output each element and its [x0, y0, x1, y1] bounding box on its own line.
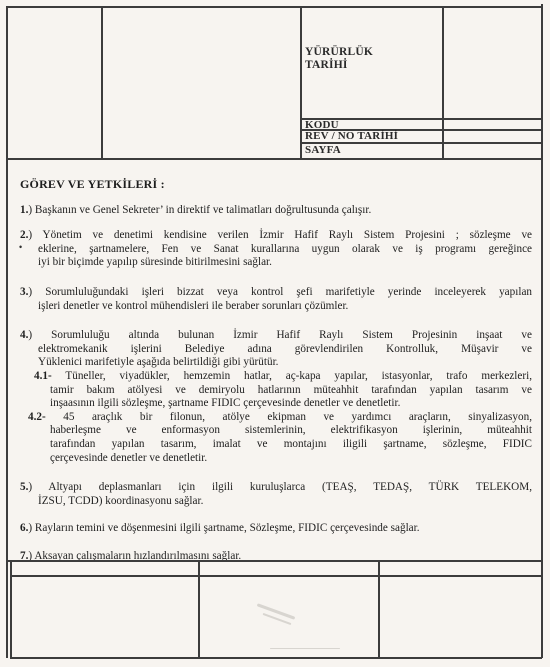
footer-bottom-border — [10, 657, 542, 659]
item-paren: ) — [28, 286, 32, 298]
header-col-divider-1 — [101, 6, 103, 159]
subitem-text-line: haberleşme ve enformasyon sistemlerinin,… — [50, 424, 532, 438]
subitem-number: 4.2- — [28, 411, 46, 423]
duty-subitem-4-2: 4.2- 45 araçlık bir filonun, atölye ekip… — [20, 411, 532, 465]
item-text-line: Rayların temini ve döşenmesini ilgili şa… — [35, 522, 420, 534]
duty-item-5: 5.) Altyapı deplasmanları için ilgili ku… — [20, 481, 532, 508]
section-title: GÖREV VE YETKİLERİ : — [20, 178, 532, 192]
item-paren: ) — [28, 329, 32, 341]
subitem-number: 4.1- — [34, 370, 52, 382]
subitem-text-line: Tüneller, viyadükler, hemzemin hatlar, a… — [65, 370, 532, 382]
item-text-line: Yönetim ve denetimi kendisine verilen İz… — [43, 229, 532, 241]
page-label: SAYFA — [305, 144, 341, 157]
duty-item-2: 2.) Yönetim ve denetimi kendisine verile… — [20, 229, 532, 270]
code-value — [444, 120, 540, 129]
duty-item-4: 4.) Sorumluluğu altında bulunan İzmir Ha… — [20, 329, 532, 465]
item-paren: ) — [28, 481, 32, 493]
footer-cell-1 — [12, 577, 197, 656]
item-text-line: Sorumluluğundaki işleri bizzat veya kont… — [45, 286, 532, 298]
subitem-text-line: tarafından yapılan tasarım, imalat ve mo… — [50, 438, 532, 452]
subitem-text-line: inşaasının ilgili sözleşme, şartname FID… — [50, 397, 400, 409]
subitem-text-line: 45 araçlık bir filonun, atölye ekipman v… — [63, 411, 532, 423]
revision-label: REV / NO TARİHİ — [305, 130, 398, 143]
item-paren: ) — [28, 522, 32, 534]
item-text-line: Yüklenici marifetiyle aşağıda belirtildi… — [38, 356, 278, 368]
effective-date-label-line1: YÜRÜRLÜK — [305, 46, 373, 58]
page-value — [444, 144, 540, 157]
item-text-line: iyi bir biçimde yapılıp süresinde bitiri… — [38, 256, 272, 268]
scan-artifact — [270, 648, 340, 649]
header-bottom-border — [6, 158, 542, 160]
subitem-text-line: tamir bakım atölyesi ve demiryolu hatlar… — [50, 384, 532, 398]
footer-cell-3 — [380, 577, 540, 656]
item-text-line: işleri denetler ve kontrol mühendisleri … — [38, 300, 348, 312]
document-page: YÜRÜRLÜK TARİHİ KODU REV / NO TARİHİ SAY… — [0, 0, 550, 667]
effective-date-value — [444, 8, 540, 117]
item-paren: ) — [28, 229, 32, 241]
subitem-text-line: çerçevesinde denetler ve denetletir. — [50, 452, 207, 464]
item-text-line: Altyapı deplasmanları için ilgili kurulu… — [48, 481, 532, 493]
item-text-line: Sorumluluğu altında bulunan İzmir Hafif … — [51, 329, 532, 341]
item-text-line: Başkanın ve Genel Sekreter’ in direktif … — [35, 204, 371, 216]
header-col-divider-2 — [300, 6, 302, 159]
duties-section: GÖREV VE YETKİLERİ : 1.) Başkanın ve Gen… — [20, 178, 532, 575]
revision-value — [444, 131, 540, 141]
item-text-line: İZSU, TCDD) koordinasyonu sağlar. — [38, 495, 203, 507]
duty-subitem-4-1: 4.1- Tüneller, viyadükler, hemzemin hatl… — [20, 370, 532, 411]
effective-date-label: YÜRÜRLÜK TARİHİ — [305, 46, 373, 72]
item-text-line: eklerine, şartnamelere, Fen ve Sanat kur… — [38, 243, 532, 257]
duty-item-6: 6.) Rayların temini ve döşenmesini ilgil… — [20, 522, 532, 536]
effective-date-label-line2: TARİHİ — [305, 59, 348, 71]
duty-item-1: 1.) Başkanın ve Genel Sekreter’ in direk… — [20, 204, 532, 218]
item-paren: ) — [28, 204, 32, 216]
footer-top-border — [6, 560, 542, 562]
item-text-line: elektromekanik işlerini Belediye adına g… — [38, 343, 532, 357]
duty-item-3: 3.) Sorumluluğundaki işleri bizzat veya … — [20, 286, 532, 313]
